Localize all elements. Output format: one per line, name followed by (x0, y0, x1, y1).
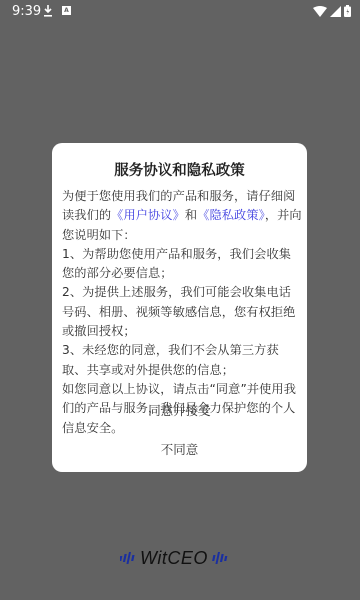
brand-name: WitCEO (140, 548, 208, 569)
item-1-text: 1、为帮助您使用产品和服务，我们会收集您的部分必要信息； (62, 247, 291, 280)
item-3-text: 3、未经您的同意，我们不会从第三方获取、共享或对外提供您的信息； (62, 343, 279, 376)
sound-wave-left-icon (120, 552, 136, 564)
accept-button[interactable]: 同意并接受 (52, 401, 307, 419)
signal-icon (330, 6, 341, 17)
status-bar: 9:39 A (0, 0, 360, 24)
and-text: 和 (185, 208, 197, 222)
brand-logo: WitCEO (120, 548, 228, 568)
privacy-policy-link[interactable]: 《隐私政策》 (197, 208, 265, 222)
dialog-title: 服务协议和隐私政策 (52, 159, 307, 180)
privacy-dialog: 服务协议和隐私政策 为便于您使用我们的产品和服务，请仔细阅读我们的《用户协议》和… (52, 143, 307, 472)
sound-wave-right-icon (212, 552, 228, 564)
battery-icon (344, 5, 351, 17)
decline-button[interactable]: 不同意 (52, 440, 307, 458)
download-icon (43, 4, 53, 18)
status-time: 9:39 (12, 4, 41, 19)
item-2-text: 2、为提供上述服务，我们可能会收集电话号码、相册、视频等敏感信息，您有权拒绝或撤… (62, 285, 295, 338)
a-notification-icon: A (62, 6, 71, 15)
wifi-icon (313, 6, 327, 17)
user-agreement-link[interactable]: 《用户协议》 (111, 208, 185, 222)
